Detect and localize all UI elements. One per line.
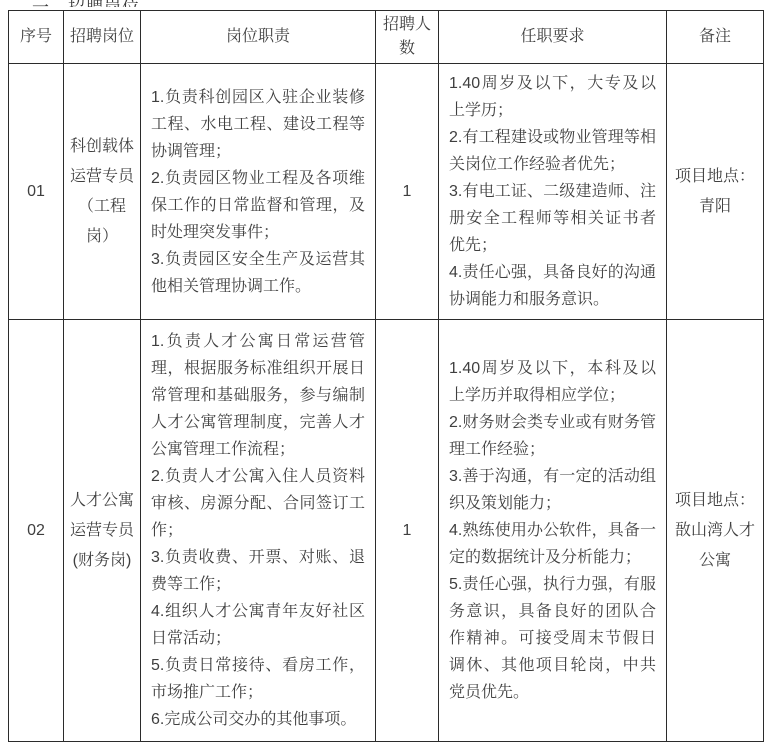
cell-note: 项目地点：敔山湾人才公寓 xyxy=(667,320,764,742)
page: 一、招聘岗位 序号 招聘岗位 岗位职责 招聘人数 任职要求 备注 01 科创载体… xyxy=(0,0,770,745)
recruitment-table: 序号 招聘岗位 岗位职责 招聘人数 任职要求 备注 01 科创载体运营专员（工程… xyxy=(8,10,764,742)
cell-position: 科创载体运营专员（工程岗） xyxy=(64,64,141,320)
cell-position: 人才公寓运营专员(财务岗) xyxy=(64,320,141,742)
cell-no: 02 xyxy=(9,320,64,742)
cell-requirements: 1.40周岁及以下，大专及以上学历； 2.有工程建设或物业管理等相关岗位工作经验… xyxy=(439,64,667,320)
header-position: 招聘岗位 xyxy=(64,11,141,64)
header-count: 招聘人数 xyxy=(376,11,439,64)
section-heading: 一、招聘岗位 xyxy=(32,0,140,7)
header-note: 备注 xyxy=(667,11,764,64)
cell-count: 1 xyxy=(376,64,439,320)
cell-no: 01 xyxy=(9,64,64,320)
cell-count: 1 xyxy=(376,320,439,742)
cell-duties: 1.负责人才公寓日常运营管理，根据服务标准组织开展日常管理和基础服务，参与编制人… xyxy=(141,320,376,742)
cell-requirements: 1.40周岁及以下，本科及以上学历并取得相应学位； 2.财务财会类专业或有财务管… xyxy=(439,320,667,742)
cell-note: 项目地点：青阳 xyxy=(667,64,764,320)
header-no: 序号 xyxy=(9,11,64,64)
cell-duties: 1.负责科创园区入驻企业装修工程、水电工程、建设工程等协调管理； 2.负责园区物… xyxy=(141,64,376,320)
table-row: 02 人才公寓运营专员(财务岗) 1.负责人才公寓日常运营管理，根据服务标准组织… xyxy=(9,320,764,742)
header-requirements: 任职要求 xyxy=(439,11,667,64)
header-row: 序号 招聘岗位 岗位职责 招聘人数 任职要求 备注 xyxy=(9,11,764,64)
table-row: 01 科创载体运营专员（工程岗） 1.负责科创园区入驻企业装修工程、水电工程、建… xyxy=(9,64,764,320)
header-duties: 岗位职责 xyxy=(141,11,376,64)
section-heading-text: 一、招聘岗位 xyxy=(32,0,140,7)
